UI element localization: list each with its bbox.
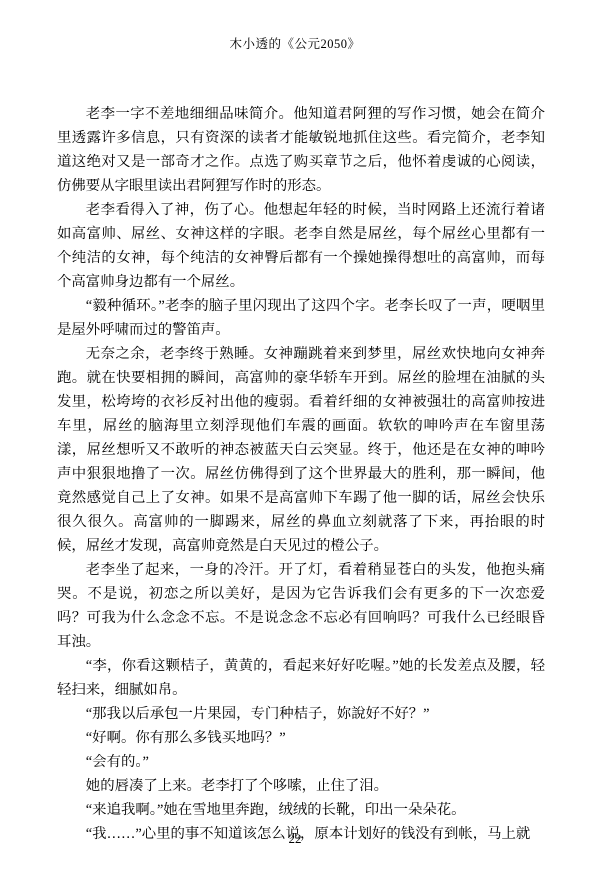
paragraph: “会有的。” (57, 750, 545, 774)
paragraph: 老李看得入了神，伤了心。他想起年轻的时候，当时网路上还流行着诸如高富帅、屌丝、女… (57, 198, 545, 294)
paragraph: “来追我啊。”她在雪地里奔跑，绒绒的长靴，印出一朵朵花。 (57, 798, 545, 822)
page-number: 22 (0, 831, 590, 847)
paragraph: “毅种循环。”老李的脑子里闪现出了这四个字。老李长叹了一声，哽咽里是屋外呼啸而过… (57, 294, 545, 342)
document-page: 木小透的《公元2050》 老李一字不差地细细品味简介。他知道君阿狸的写作习惯，她… (0, 0, 590, 885)
paragraph: 老李一字不差地细细品味简介。他知道君阿狸的写作习惯，她会在简介里透露许多信息，只… (57, 102, 545, 198)
paragraph: “好啊。你有那么多钱买地吗？” (57, 726, 545, 750)
paragraph: “那我以后承包一片果园，专门种桔子，妳說好不好？” (57, 702, 545, 726)
body-text: 老李一字不差地细细品味简介。他知道君阿狸的写作习惯，她会在简介里透露许多信息，只… (57, 102, 545, 846)
paragraph: 无奈之余，老李终于熟睡。女神蹦跳着来到梦里，屌丝欢快地向女神奔跑。就在快要相拥的… (57, 342, 545, 558)
paragraph: 老李坐了起来，一身的冷汗。开了灯，看着稍显苍白的头发，他抱头痛哭。不是说，初恋之… (57, 558, 545, 654)
paragraph: “李，你看这颗桔子，黄黄的，看起来好好吃喔。”她的长发差点及腰，轻轻扫来，细腻如… (57, 654, 545, 702)
page-header-title: 木小透的《公元2050》 (0, 34, 590, 52)
paragraph: 她的唇凑了上来。老李打了个哆嗦，止住了泪。 (57, 774, 545, 798)
